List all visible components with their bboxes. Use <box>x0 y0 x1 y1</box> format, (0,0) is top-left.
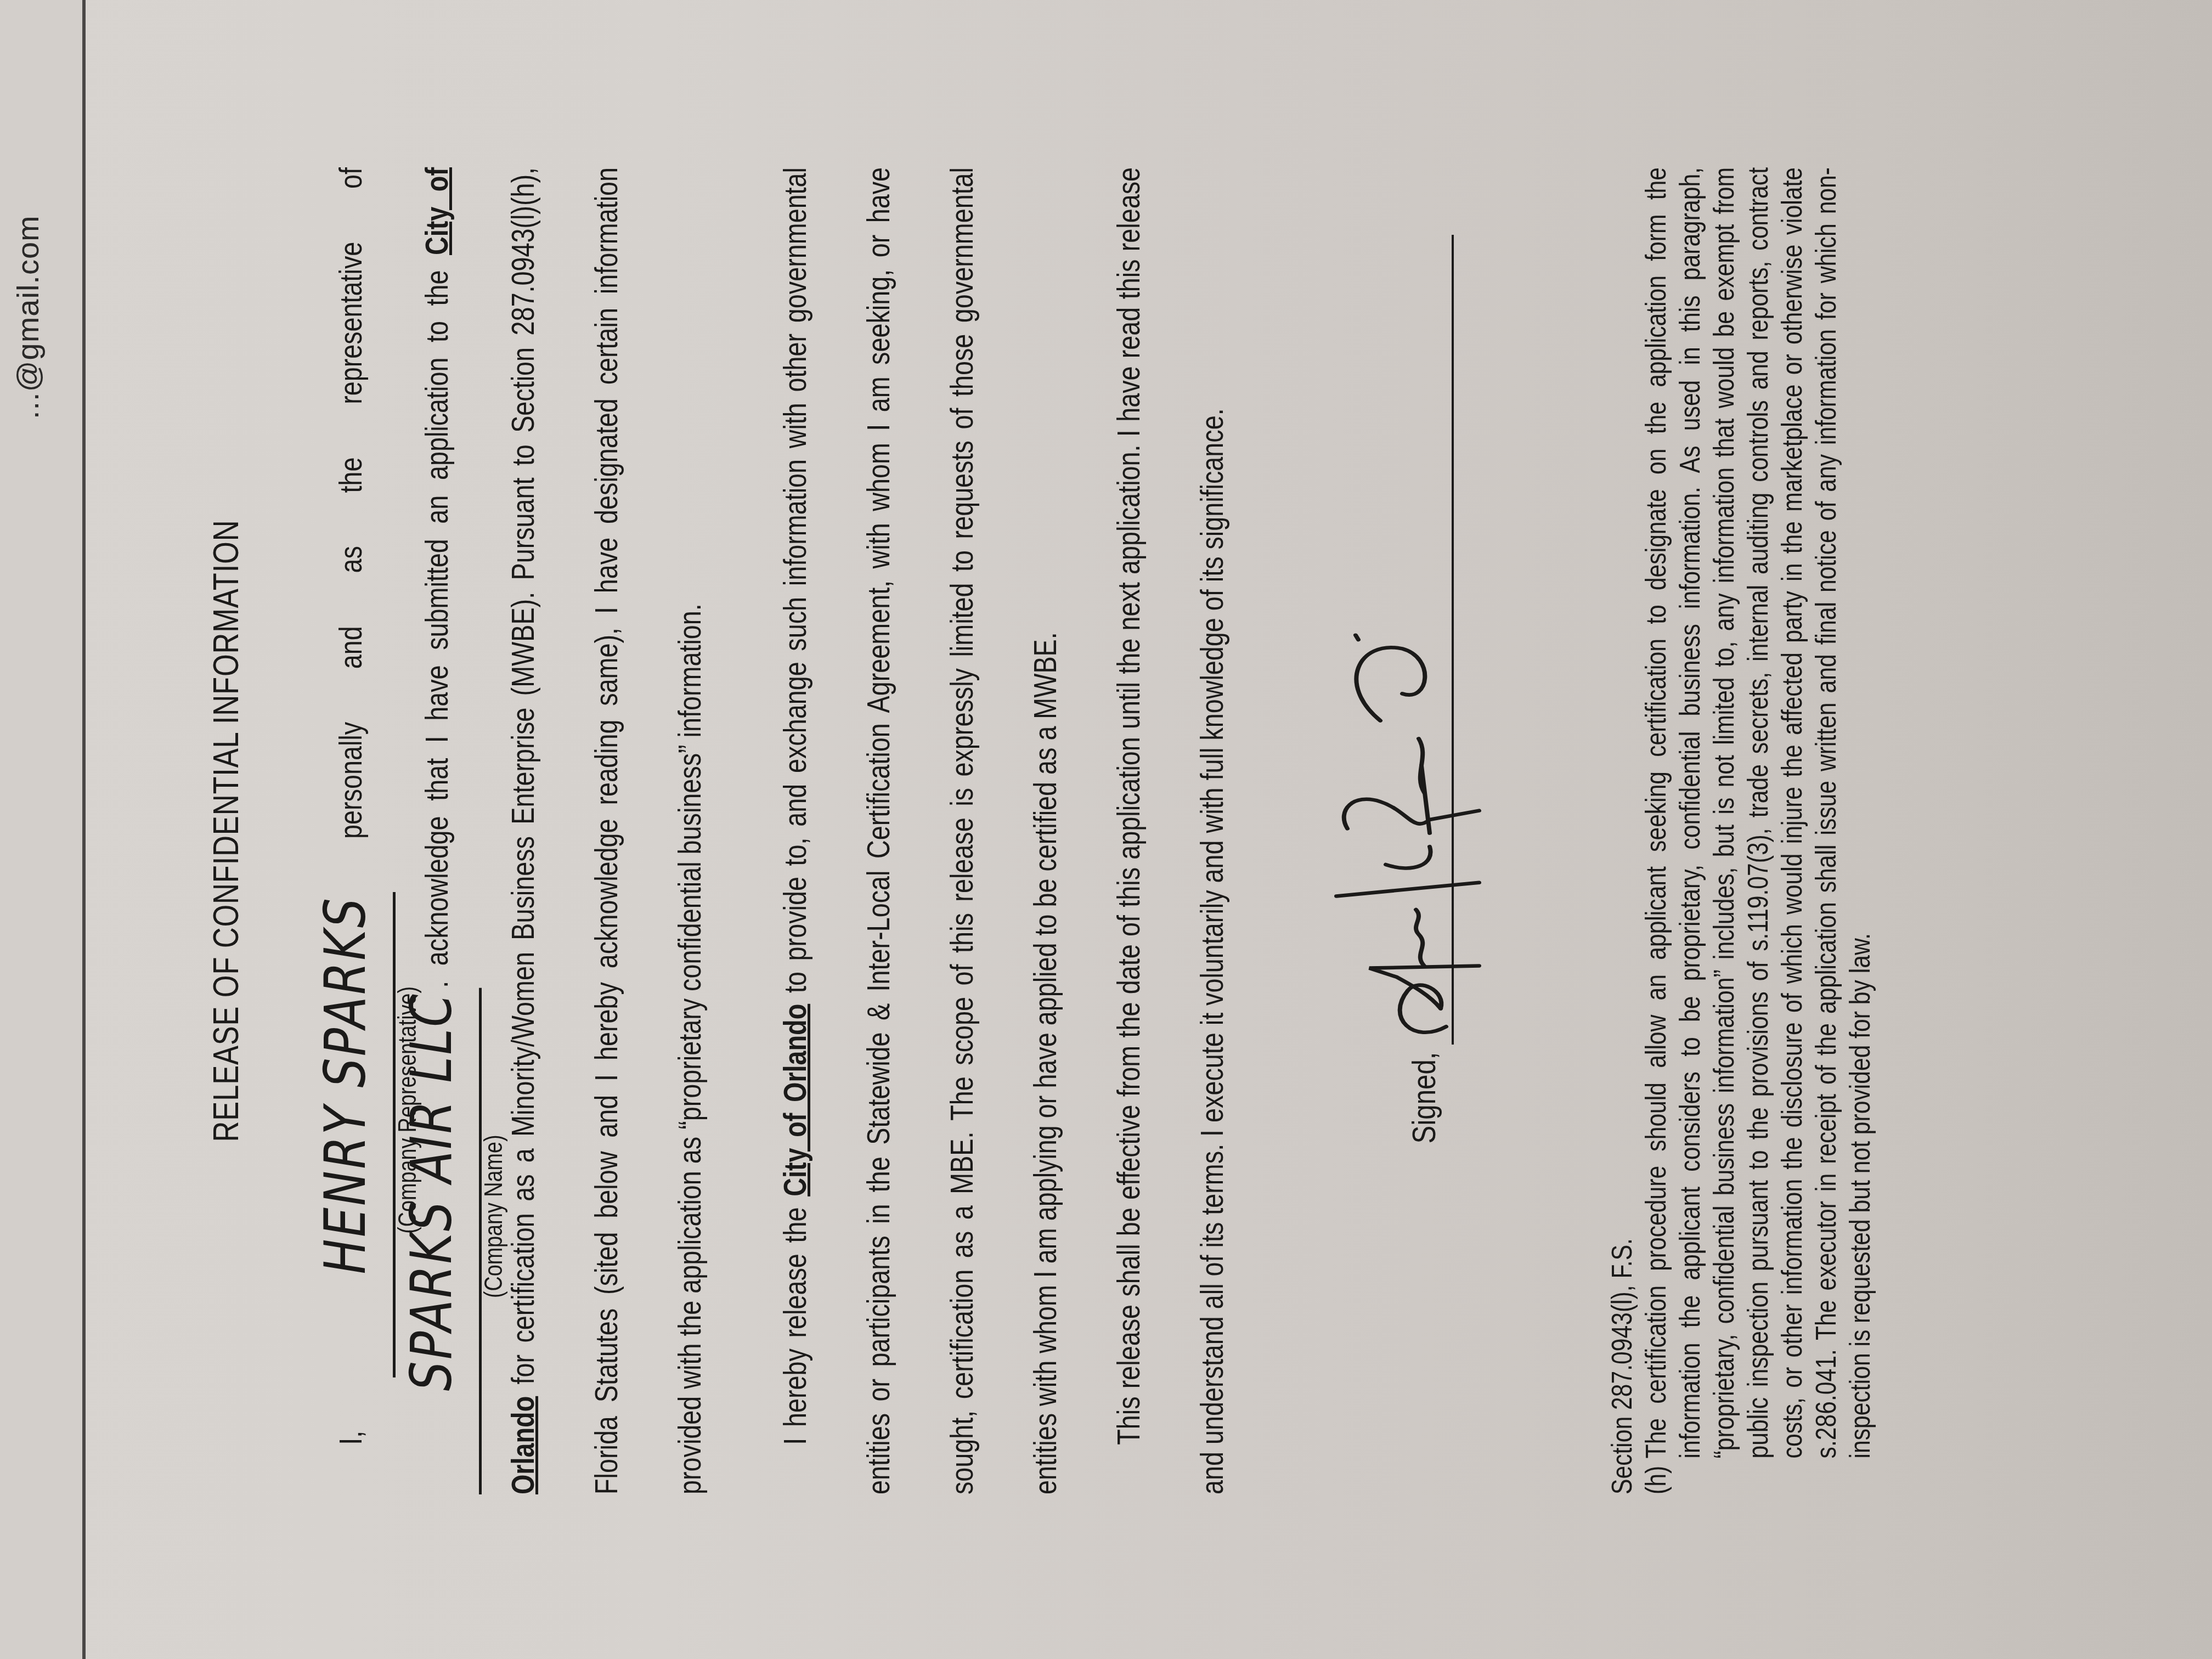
representative-name-handwriting: HENRY SPARKS <box>317 896 374 1324</box>
paragraph1-text-a: acknowledge that I have submitted an app… <box>420 270 455 966</box>
email-fragment: ...@gmail.com <box>10 215 46 419</box>
city-name: City of Orlando <box>778 1004 813 1197</box>
company-name-field[interactable]: SPARKS AIR LLC (Company Name) <box>396 988 482 1494</box>
paragraph2-text-b: to provide to, and exchange such informa… <box>778 167 1063 1494</box>
statute-item-text: The certification procedure should allow… <box>1639 167 1877 1458</box>
document-page: ...@gmail.com RELEASE OF CONFIDENTIAL IN… <box>0 0 2212 1659</box>
document-photo: ...@gmail.com RELEASE OF CONFIDENTIAL IN… <box>0 0 2212 1659</box>
paragraph-effective: This release shall be effective from the… <box>1087 167 1254 1494</box>
document-content: RELEASE OF CONFIDENTIAL INFORMATION I, H… <box>208 406 1877 1494</box>
signature-handwriting: Henry C Sparks (signature) <box>1304 595 1490 1045</box>
company-name-handwriting: SPARKS AIR LLC <box>403 992 460 1441</box>
company-period: . <box>420 981 455 988</box>
statute-item-label: (h) <box>1639 1458 1877 1494</box>
signature-block: Signed, Henry C Sparks (signature) <box>1320 167 1485 1494</box>
paragraph2-text-a: I hereby release the <box>778 1207 813 1445</box>
lead-text: I, <box>334 1431 369 1445</box>
statute-reference: Section 287.0943(l), F.S. <box>1605 167 1639 1494</box>
statute-item: (h) The certification procedure should a… <box>1639 167 1877 1494</box>
document-title: RELEASE OF CONFIDENTIAL INFORMATION <box>208 167 244 1494</box>
paragraph-release: I hereby release the City of Orlando to … <box>754 167 1087 1494</box>
underlying-sheet: ...@gmail.com <box>0 0 86 1659</box>
representative-name-field[interactable]: HENRY SPARKS (Company Representative) <box>309 892 396 1378</box>
signed-label: Signed, <box>1408 1052 1441 1144</box>
representative-of-text: personally and as the representative of <box>334 167 369 839</box>
paragraph1-text-b: for certification as a Minority/Women Bu… <box>506 167 708 1494</box>
company-caption: (Company Name) <box>479 1135 508 1347</box>
paragraph-acknowledgement: I, HENRY SPARKS (Company Representative)… <box>309 167 732 1494</box>
paragraph3-text: This release shall be effective from the… <box>1111 167 1230 1494</box>
